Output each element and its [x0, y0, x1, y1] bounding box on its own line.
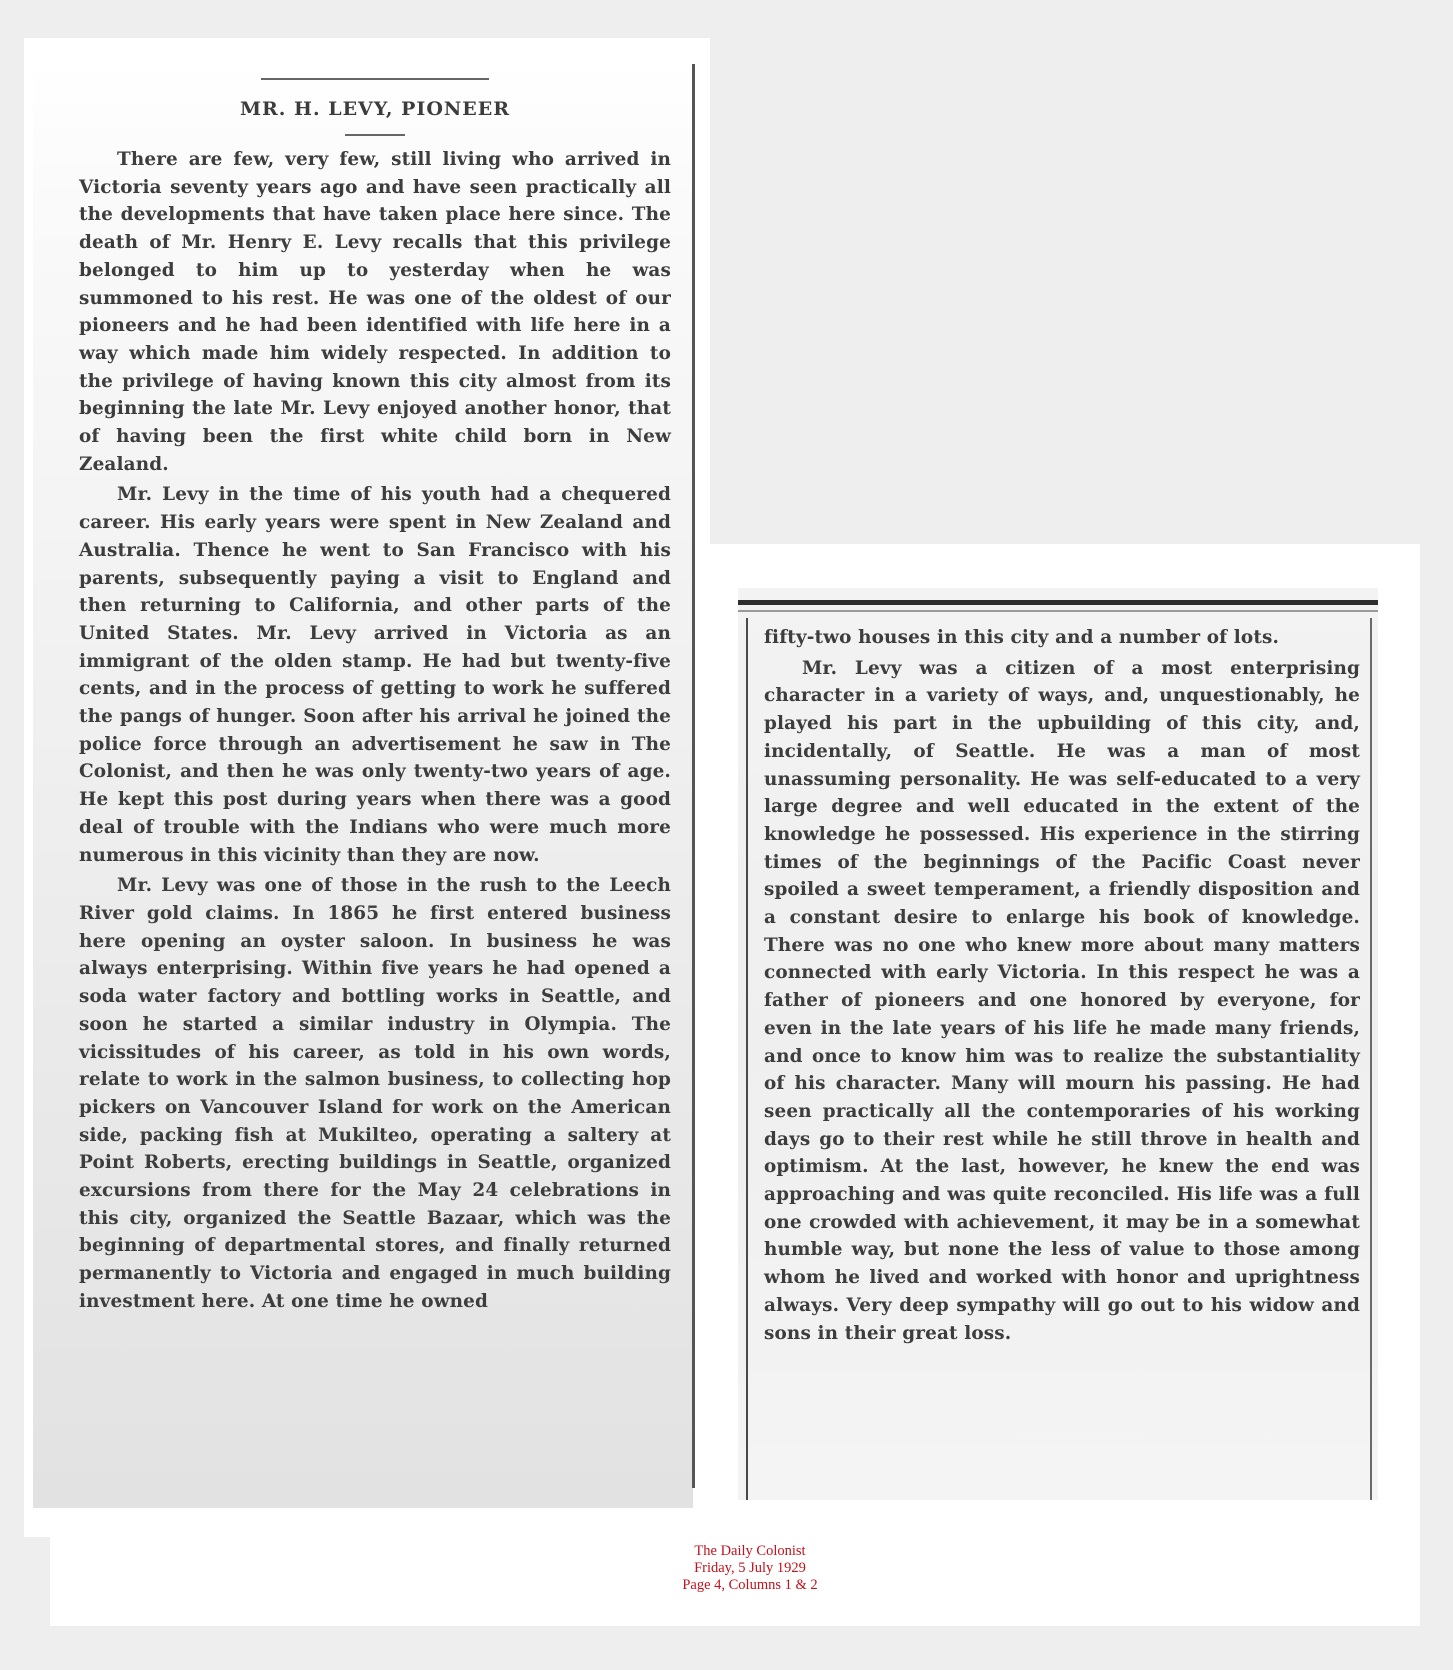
column-left-rule [746, 618, 748, 1500]
article-continuation: fifty-two houses in this city and a numb… [764, 624, 1360, 652]
column-right-rule [1370, 618, 1372, 1500]
article-paragraph: Mr. Levy was a citizen of a most enterpr… [764, 655, 1360, 1348]
article-paragraph: Mr. Levy in the time of his youth had a … [79, 481, 671, 869]
headline-bottom-rule [345, 134, 405, 136]
article-paragraph: Mr. Levy was one of those in the rush to… [79, 872, 671, 1315]
article-clipping-column-2: fifty-two houses in this city and a numb… [738, 588, 1378, 1500]
caption-date: Friday, 5 July 1929 [560, 1560, 940, 1577]
source-caption: The Daily Colonist Friday, 5 July 1929 P… [560, 1543, 940, 1594]
column-top-thin-rule [738, 610, 1378, 612]
article-clipping-column-1: MR. H. LEVY, PIONEER There are few, very… [33, 60, 693, 1508]
caption-publication: The Daily Colonist [560, 1543, 940, 1560]
article-paragraph: There are few, very few, still living wh… [79, 146, 671, 478]
caption-page-location: Page 4, Columns 1 & 2 [560, 1577, 940, 1594]
article-headline: MR. H. LEVY, PIONEER [79, 98, 671, 120]
column-rule [692, 64, 695, 1488]
headline-top-rule [261, 78, 489, 80]
column-top-rule [738, 600, 1378, 605]
